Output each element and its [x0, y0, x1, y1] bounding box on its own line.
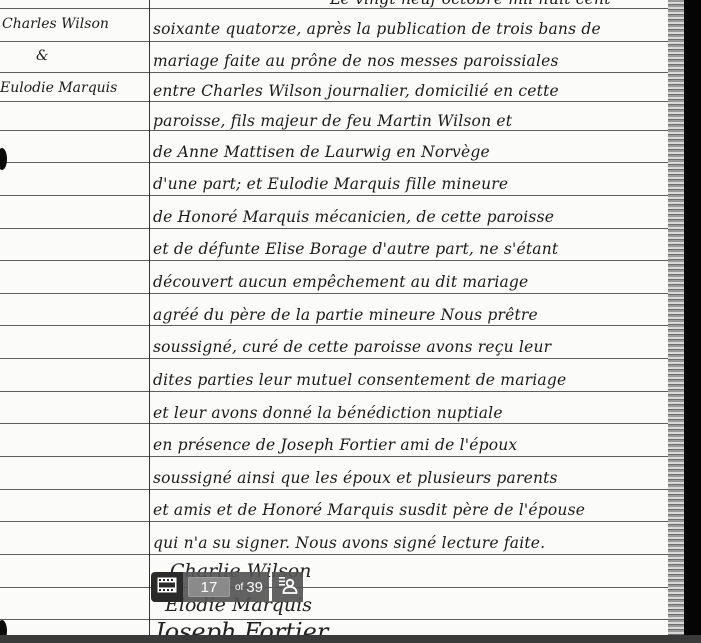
record-line: soixante quatorze, après la publication …	[153, 20, 601, 38]
image-viewer-toolbar: of 39	[151, 572, 303, 602]
record-line: entre Charles Wilson journalier, domicil…	[153, 82, 559, 100]
ruled-line	[0, 358, 672, 359]
ruled-line	[0, 489, 672, 490]
ruled-line	[0, 456, 672, 457]
ruled-line	[0, 423, 672, 424]
record-index-button[interactable]	[272, 572, 303, 602]
record-line: et amis et de Honoré Marquis susdit père…	[153, 501, 585, 519]
record-line: agréé du père de la partie mineure Nous …	[153, 306, 538, 324]
record-line: de Anne Mattisen de Laurwig en Norvège	[153, 143, 490, 161]
record-line: paroisse, fils majeur de feu Martin Wils…	[153, 112, 512, 130]
ruled-line	[0, 521, 672, 522]
record-line: et leur avons donné la bénédiction nupti…	[153, 404, 503, 422]
margin-bride-name: Eulodie Marquis	[0, 80, 117, 96]
ruled-line	[0, 41, 672, 42]
record-line: soussigné, curé de cette paroisse avons …	[153, 338, 551, 356]
record-line: et de défunte Elise Borage d'autre part,…	[153, 240, 558, 258]
ruled-line	[0, 8, 672, 9]
record-line: dites parties leur mutuel consentement d…	[153, 371, 566, 389]
ruled-line	[0, 391, 672, 392]
ruled-line	[0, 293, 672, 294]
record-line: mariage faite au prône de nos messes par…	[153, 52, 559, 70]
ruled-line	[0, 325, 672, 326]
record-line: découvert aucun empêchement au dit maria…	[153, 273, 528, 291]
ruled-line	[0, 72, 672, 73]
record-line: de Honoré Marquis mécanicien, de cette p…	[153, 208, 554, 226]
page-navigator: of 39	[183, 572, 269, 602]
ruled-line	[0, 162, 672, 163]
record-line: qui n'a su signer. Nous avons signé lect…	[153, 534, 545, 552]
page-of-label: of	[235, 582, 243, 593]
page-edge-shadow	[684, 0, 701, 635]
ruled-line	[0, 101, 672, 102]
punch-hole	[0, 148, 7, 170]
page-number-input[interactable]	[188, 577, 230, 597]
filmstrip-button[interactable]	[151, 572, 183, 602]
record-line: en présence de Joseph Fortier ami de l'é…	[153, 436, 517, 454]
record-line: d'une part; et Eulodie Marquis fille min…	[153, 175, 508, 193]
document-viewer[interactable]: Charles Wilson & Eulodie Marquis Le ving…	[0, 0, 701, 643]
viewer-bottom-bar	[0, 635, 701, 643]
margin-groom-name: Charles Wilson	[2, 16, 109, 32]
ruled-line	[0, 260, 672, 261]
scanned-register-page: Charles Wilson & Eulodie Marquis Le ving…	[0, 0, 672, 635]
ruled-line	[0, 587, 672, 588]
ruled-line	[0, 195, 672, 196]
record-line: soussigné ainsi que les époux et plusieu…	[153, 469, 558, 487]
margin-line	[149, 0, 150, 635]
ruled-line	[0, 228, 672, 229]
filmstrip-icon	[157, 577, 177, 598]
ruled-line	[0, 619, 672, 620]
ruled-line	[0, 554, 672, 555]
person-list-icon	[278, 575, 298, 600]
margin-ampersand: &	[36, 48, 48, 64]
record-line: Le vingt neuf octobre mil huit cent	[330, 0, 611, 8]
page-total: 39	[246, 579, 263, 596]
ruled-line	[0, 130, 672, 131]
